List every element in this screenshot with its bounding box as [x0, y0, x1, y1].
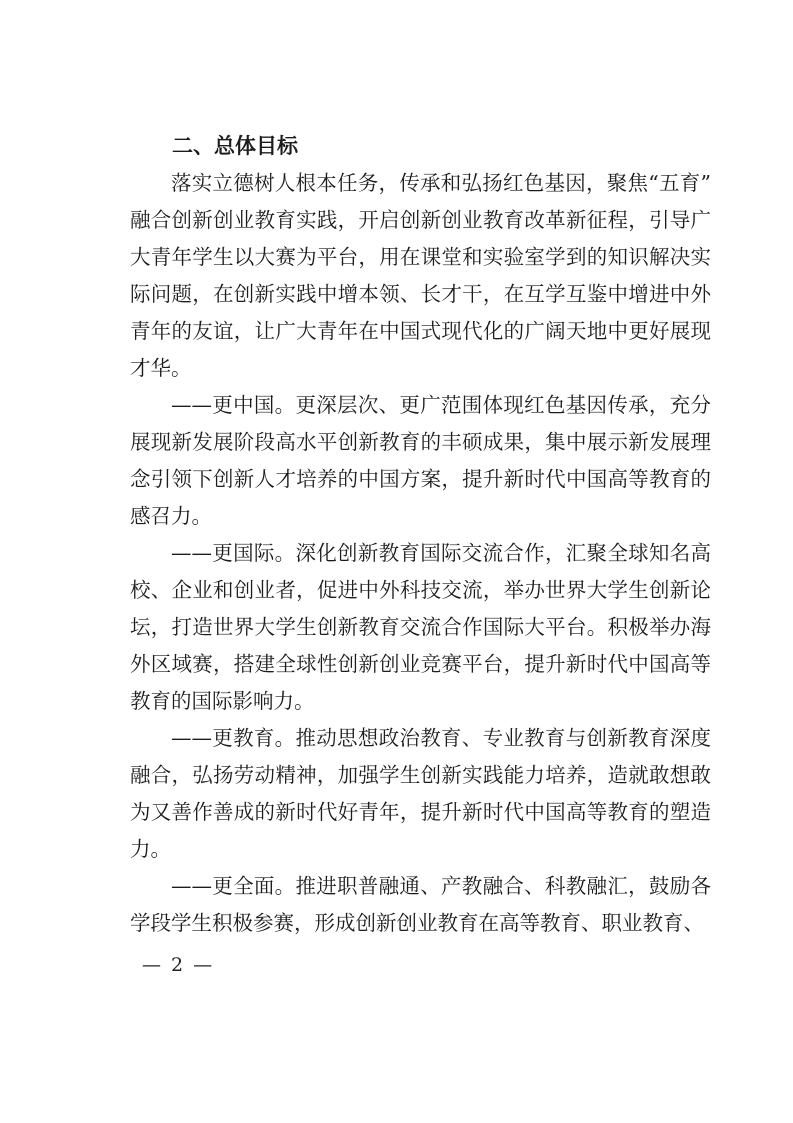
section-heading: 二、总体目标 — [130, 128, 711, 165]
document-page: 二、总体目标 落实立德树人根本任务，传承和弘扬红色基因，聚焦“五育”融合创新创业… — [0, 0, 793, 1123]
document-body: 二、总体目标 落实立德树人根本任务，传承和弘扬红色基因，聚焦“五育”融合创新创业… — [130, 128, 711, 942]
paragraph-more-comprehensive: ——更全面。推进职普融通、产教融合、科教融汇，鼓励各学段学生积极参赛，形成创新创… — [130, 868, 711, 942]
page-number: — 2 — — [142, 950, 214, 980]
paragraph-overall-goal: 落实立德树人根本任务，传承和弘扬红色基因，聚焦“五育”融合创新创业教育实践，开启… — [130, 165, 711, 387]
paragraph-more-education: ——更教育。推动思想政治教育、专业教育与创新教育深度融合，弘扬劳动精神，加强学生… — [130, 720, 711, 868]
paragraph-more-international: ——更国际。深化创新教育国际交流合作，汇聚全球知名高校、企业和创业者，促进中外科… — [130, 535, 711, 720]
paragraph-more-china: ——更中国。更深层次、更广范围体现红色基因传承，充分展现新发展阶段高水平创新教育… — [130, 387, 711, 535]
